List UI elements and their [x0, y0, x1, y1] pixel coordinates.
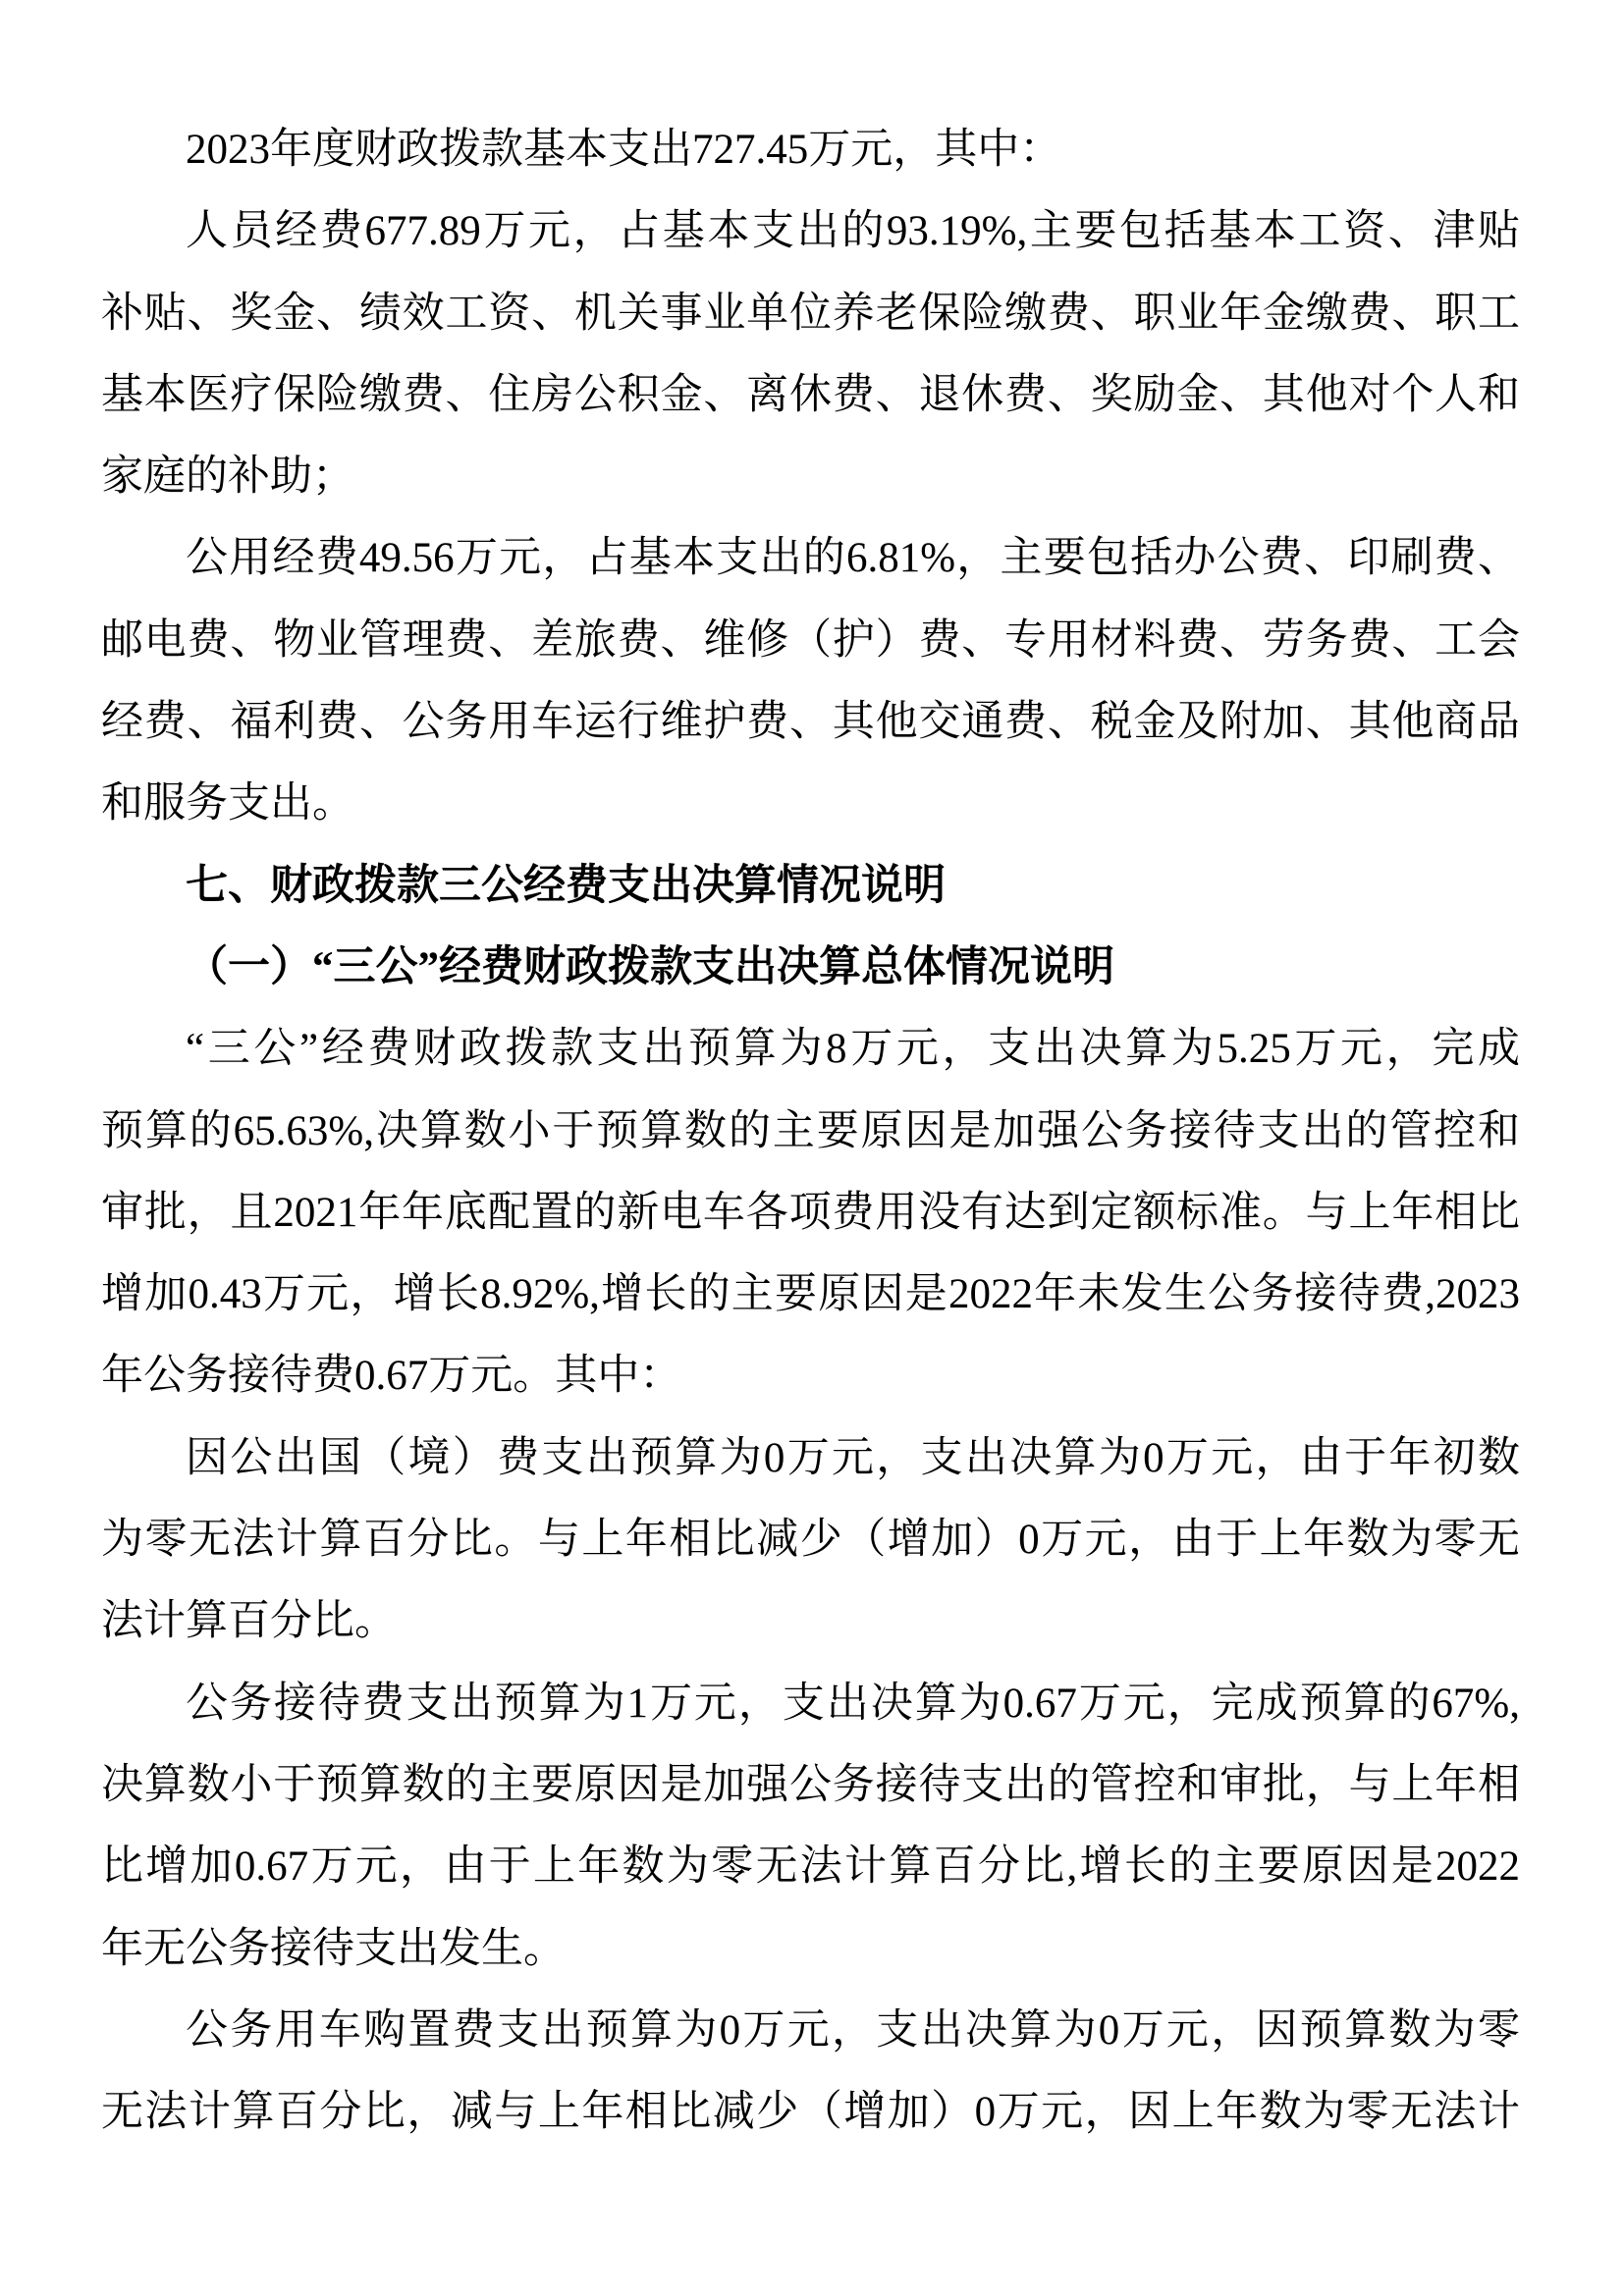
text-line: 2023年度财政拨款基本支出727.45万元，其中： — [101, 109, 1520, 190]
text-line: 和服务支出。 — [101, 763, 1520, 844]
text-line: 公务用车购置费支出预算为0万元，支出决算为0万元，因预算数为零 — [101, 1990, 1520, 2071]
paragraph: 因公出国（境）费支出预算为0万元，支出决算为0万元，由于年初数为零无法计算百分比… — [101, 1417, 1520, 1663]
text-line: 补贴、奖金、绩效工资、机关事业单位养老保险缴费、职业年金缴费、职工 — [101, 273, 1520, 354]
paragraph: 2023年度财政拨款基本支出727.45万元，其中： — [101, 109, 1520, 190]
text-line: （一）“三公”经费财政拨款支出决算总体情况说明 — [101, 927, 1520, 1008]
text-line: 决算数小于预算数的主要原因是加强公务接待支出的管控和审批，与上年相 — [101, 1744, 1520, 1826]
text-line: 年无公务接待支出发生。 — [101, 1908, 1520, 1990]
text-line: 增加0.43万元，增长8.92%,增长的主要原因是2022年未发生公务接待费,2… — [101, 1254, 1520, 1335]
text-line: “三公”经费财政拨款支出预算为8万元，支出决算为5.25万元，完成 — [101, 1008, 1520, 1090]
heading1: 七、财政拨款三公经费支出决算情况说明 — [101, 845, 1520, 927]
text-line: 为零无法计算百分比。与上年相比减少（增加）0万元，由于上年数为零无 — [101, 1499, 1520, 1580]
text-line: 法计算百分比。 — [101, 1580, 1520, 1662]
text-line: 比增加0.67万元，由于上年数为零无法计算百分比,增长的主要原因是2022 — [101, 1826, 1520, 1907]
text-line: 基本医疗保险缴费、住房公积金、离休费、退休费、奖励金、其他对个人和 — [101, 354, 1520, 436]
document-page: 2023年度财政拨款基本支出727.45万元，其中：人员经费677.89万元，占… — [0, 0, 1624, 2296]
text-line: 家庭的补助； — [101, 436, 1520, 517]
text-line: 审批，且2021年年底配置的新电车各项费用没有达到定额标准。与上年相比 — [101, 1172, 1520, 1254]
paragraph: 公务用车购置费支出预算为0万元，支出决算为0万元，因预算数为零无法计算百分比，减… — [101, 1990, 1520, 2154]
paragraph: 人员经费677.89万元，占基本支出的93.19%,主要包括基本工资、津贴补贴、… — [101, 190, 1520, 517]
text-line: 邮电费、物业管理费、差旅费、维修（护）费、专用材料费、劳务费、工会 — [101, 600, 1520, 681]
heading2: （一）“三公”经费财政拨款支出决算总体情况说明 — [101, 927, 1520, 1008]
text-line: 因公出国（境）费支出预算为0万元，支出决算为0万元，由于年初数 — [101, 1417, 1520, 1499]
text-line: 人员经费677.89万元，占基本支出的93.19%,主要包括基本工资、津贴 — [101, 190, 1520, 272]
text-line: 经费、福利费、公务用车运行维护费、其他交通费、税金及附加、其他商品 — [101, 681, 1520, 763]
text-line: 无法计算百分比，减与上年相比减少（增加）0万元，因上年数为零无法计 — [101, 2071, 1520, 2153]
paragraph: “三公”经费财政拨款支出预算为8万元，支出决算为5.25万元，完成预算的65.6… — [101, 1008, 1520, 1416]
text-line: 年公务接待费0.67万元。其中： — [101, 1335, 1520, 1416]
document-body: 2023年度财政拨款基本支出727.45万元，其中：人员经费677.89万元，占… — [101, 109, 1520, 2153]
text-line: 预算的65.63%,决算数小于预算数的主要原因是加强公务接待支出的管控和 — [101, 1091, 1520, 1172]
paragraph: 公用经费49.56万元，占基本支出的6.81%，主要包括办公费、印刷费、邮电费、… — [101, 517, 1520, 844]
text-line: 公务接待费支出预算为1万元，支出决算为0.67万元，完成预算的67%, — [101, 1663, 1520, 1744]
text-line: 七、财政拨款三公经费支出决算情况说明 — [101, 845, 1520, 927]
paragraph: 公务接待费支出预算为1万元，支出决算为0.67万元，完成预算的67%,决算数小于… — [101, 1663, 1520, 1990]
text-line: 公用经费49.56万元，占基本支出的6.81%，主要包括办公费、印刷费、 — [101, 517, 1520, 599]
